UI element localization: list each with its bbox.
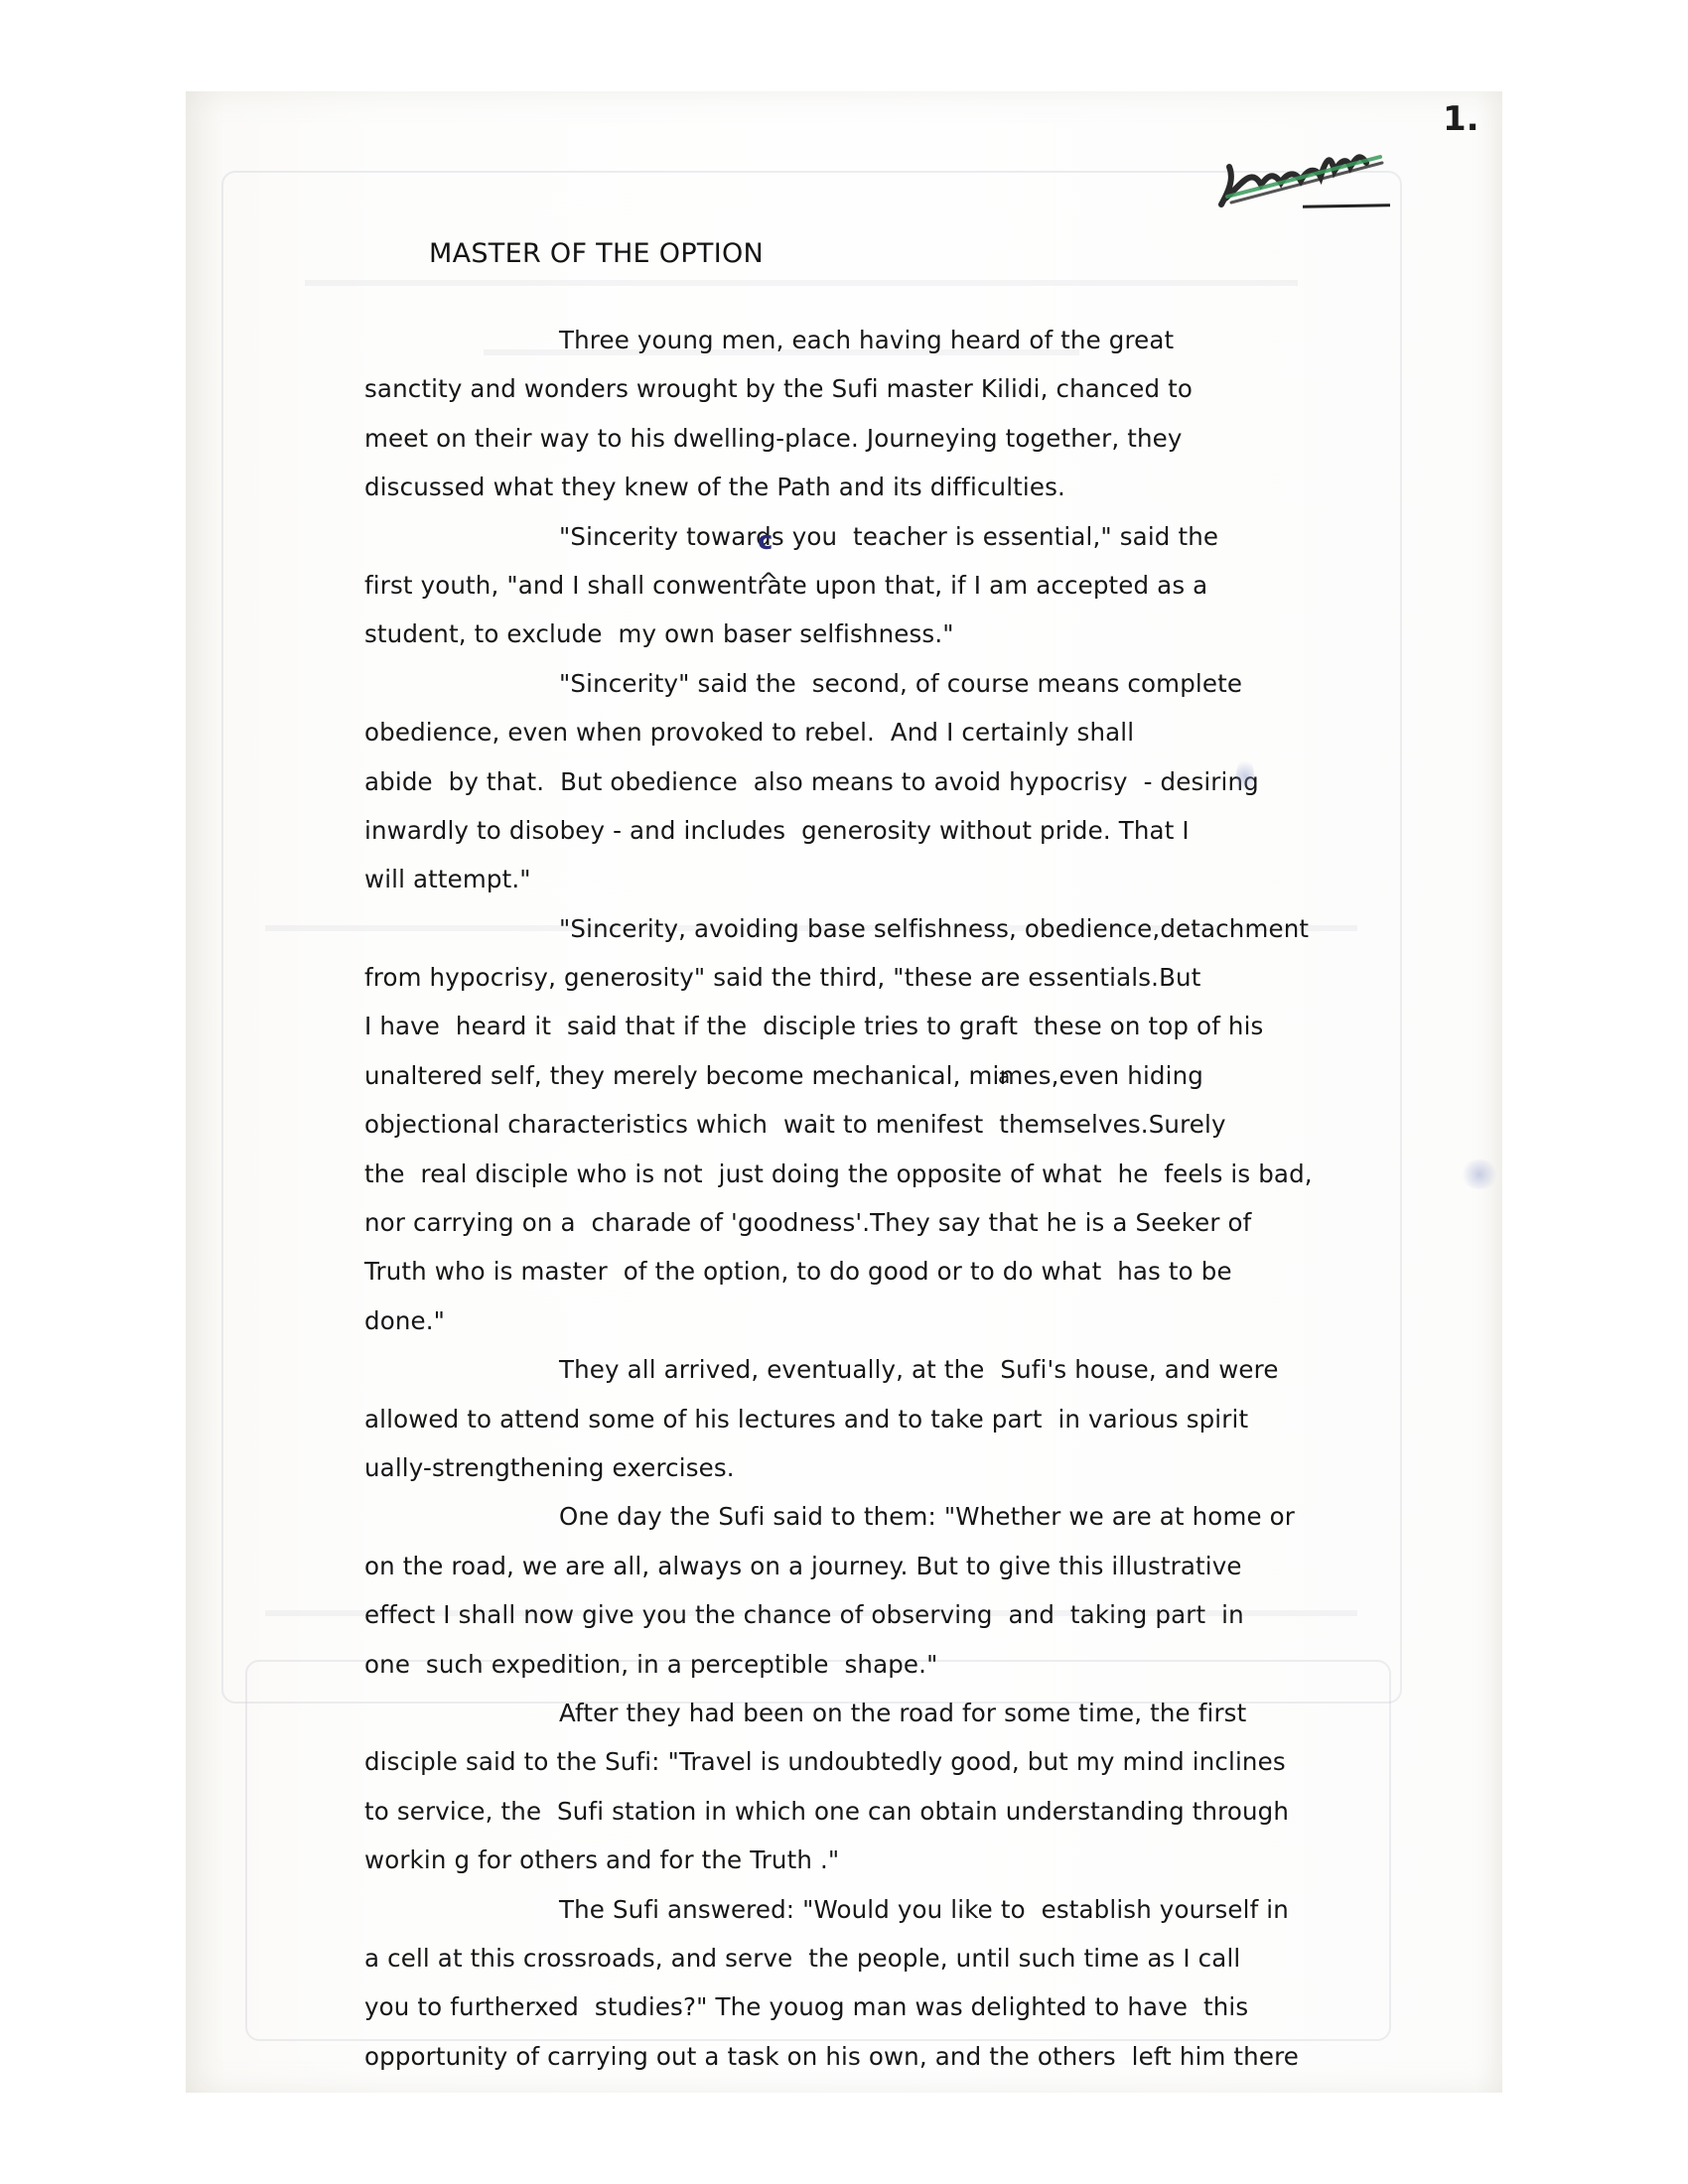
- ink-correction-c: c: [758, 526, 773, 556]
- text-line: The Sufi answered: "Would you like to es…: [364, 1885, 1477, 1934]
- text-line: One day the Sufi said to them: "Whether …: [364, 1492, 1477, 1541]
- text-line: objectional characteristics which wait t…: [364, 1100, 1477, 1149]
- text-line: inwardly to disobey - and includes gener…: [364, 806, 1477, 855]
- text-line: allowed to attend some of his lectures a…: [364, 1395, 1477, 1443]
- text-line: student, to exclude my own baser selfish…: [364, 610, 1477, 658]
- text-line: on the road, we are all, always on a jou…: [364, 1542, 1477, 1590]
- text-line: done.": [364, 1297, 1477, 1345]
- text-line: "Sincerity towards you teacher is essent…: [364, 512, 1477, 561]
- ink-smudge: [1236, 756, 1254, 796]
- text-line: sanctity and wonders wrought by the Sufi…: [364, 364, 1477, 413]
- typed-correction-a: a: [998, 1064, 1010, 1088]
- text-line: Truth who is master of the option, to do…: [364, 1247, 1477, 1296]
- text-line: discussed what they knew of the Path and…: [364, 463, 1477, 511]
- document-body: Three young men, each having heard of th…: [364, 316, 1477, 2081]
- text-line: meet on their way to his dwelling-place.…: [364, 414, 1477, 463]
- text-line: the real disciple who is not just doing …: [364, 1150, 1477, 1198]
- text-line: first youth, "and I shall conwentrate up…: [364, 561, 1477, 610]
- text-line: After they had been on the road for some…: [364, 1689, 1477, 1737]
- text-line: opportunity of carrying out a task on hi…: [364, 2032, 1477, 2081]
- text-line: obedience, even when provoked to rebel. …: [364, 708, 1477, 756]
- text-line: abide by that. But obedience also means …: [364, 757, 1477, 806]
- text-line: They all arrived, eventually, at the Suf…: [364, 1345, 1477, 1394]
- text-line: I have heard it said that if the discipl…: [364, 1002, 1477, 1050]
- text-line: a cell at this crossroads, and serve the…: [364, 1934, 1477, 1982]
- text-line: "Sincerity, avoiding base selfishness, o…: [364, 904, 1477, 953]
- text-line: ually-strengthening exercises.: [364, 1443, 1477, 1492]
- text-line: disciple said to the Sufi: "Travel is un…: [364, 1737, 1477, 1786]
- bleed-through-line: [305, 280, 1298, 286]
- text-line: you to furtherxed studies?" The youog ma…: [364, 1982, 1477, 2031]
- text-line: to service, the Sufi station in which on…: [364, 1787, 1477, 1836]
- text-line: "Sincerity" said the second, of course m…: [364, 659, 1477, 708]
- text-line: effect I shall now give you the chance o…: [364, 1590, 1477, 1639]
- caret-mark: ^: [759, 568, 778, 596]
- text-line: nor carrying on a charade of 'goodness'.…: [364, 1198, 1477, 1247]
- text-line: Three young men, each having heard of th…: [364, 316, 1477, 364]
- text-line: unaltered self, they merely become mecha…: [364, 1051, 1477, 1100]
- document-title: MASTER OF THE OPTION: [429, 238, 764, 269]
- ink-smudge: [1460, 1160, 1499, 1189]
- text-line: one such expedition, in a perceptible sh…: [364, 1640, 1477, 1689]
- page-number: 1.: [1443, 99, 1479, 139]
- text-line: from hypocrisy, generosity" said the thi…: [364, 953, 1477, 1002]
- text-line: workin g for others and for the Truth .": [364, 1836, 1477, 1884]
- text-line: will attempt.": [364, 855, 1477, 903]
